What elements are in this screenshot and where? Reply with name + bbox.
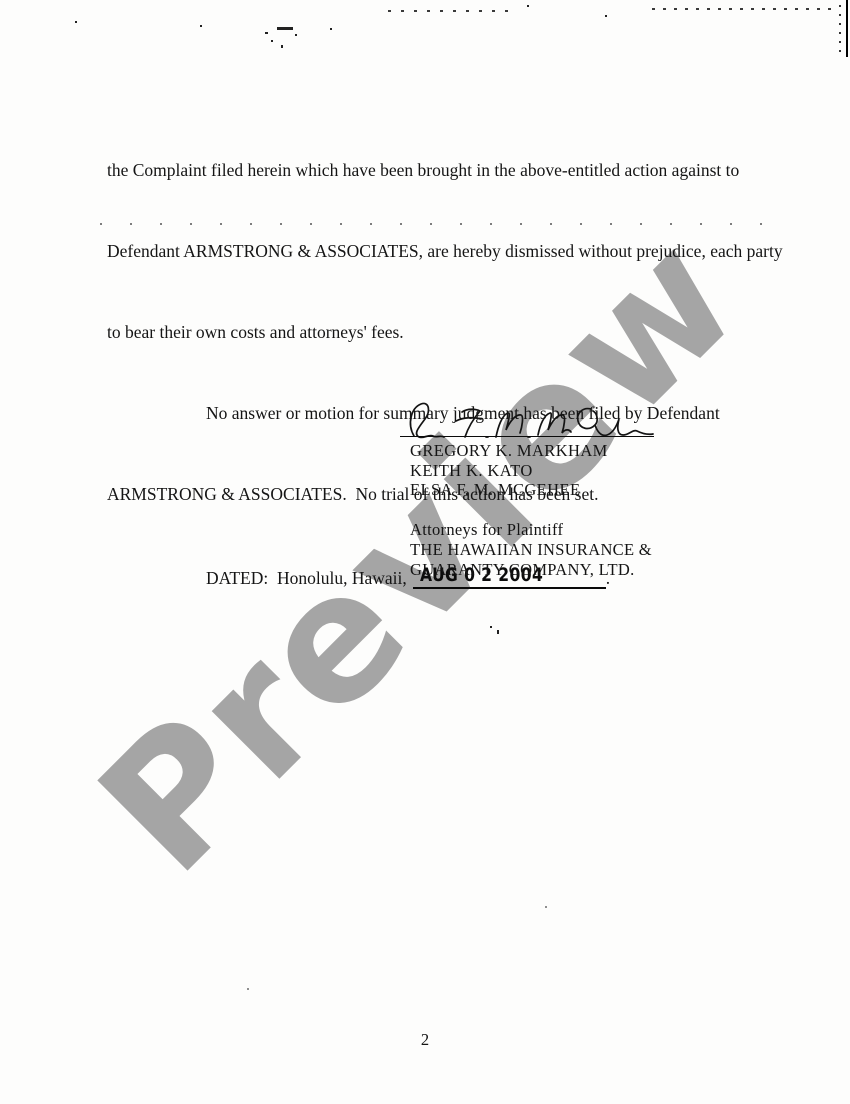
attorney-names: GREGORY K. MARKHAM KEITH K. KATO ELSA F.… [410,441,608,500]
dated-label: DATED: Honolulu, Hawaii, [206,568,407,588]
body-line: to bear their own costs and attorneys' f… [107,322,787,361]
attorney-role-block: Attorneys for Plaintiff THE HAWAIIAN INS… [410,520,652,580]
page-number: 2 [0,1030,850,1050]
attorney-name: GREGORY K. MARKHAM [410,441,608,461]
document-content: the Complaint filed herein which have be… [0,0,850,1104]
attorney-role: Attorneys for Plaintiff [410,520,652,540]
body-line: the Complaint filed herein which have be… [107,160,787,199]
scanned-document-page: Preview the Complaint filed herein which… [0,0,850,1104]
signature-line [400,436,654,437]
firm-name-line: THE HAWAIIAN INSURANCE & [410,540,652,560]
handwritten-signature-icon [404,400,654,444]
body-line: Defendant ARMSTRONG & ASSOCIATES, are he… [107,241,787,280]
firm-name-line: GUARANTY COMPANY, LTD. [410,560,652,580]
attorney-name: KEITH K. KATO [410,461,608,481]
attorney-name: ELSA F. M. MCGEHEE [410,480,608,500]
